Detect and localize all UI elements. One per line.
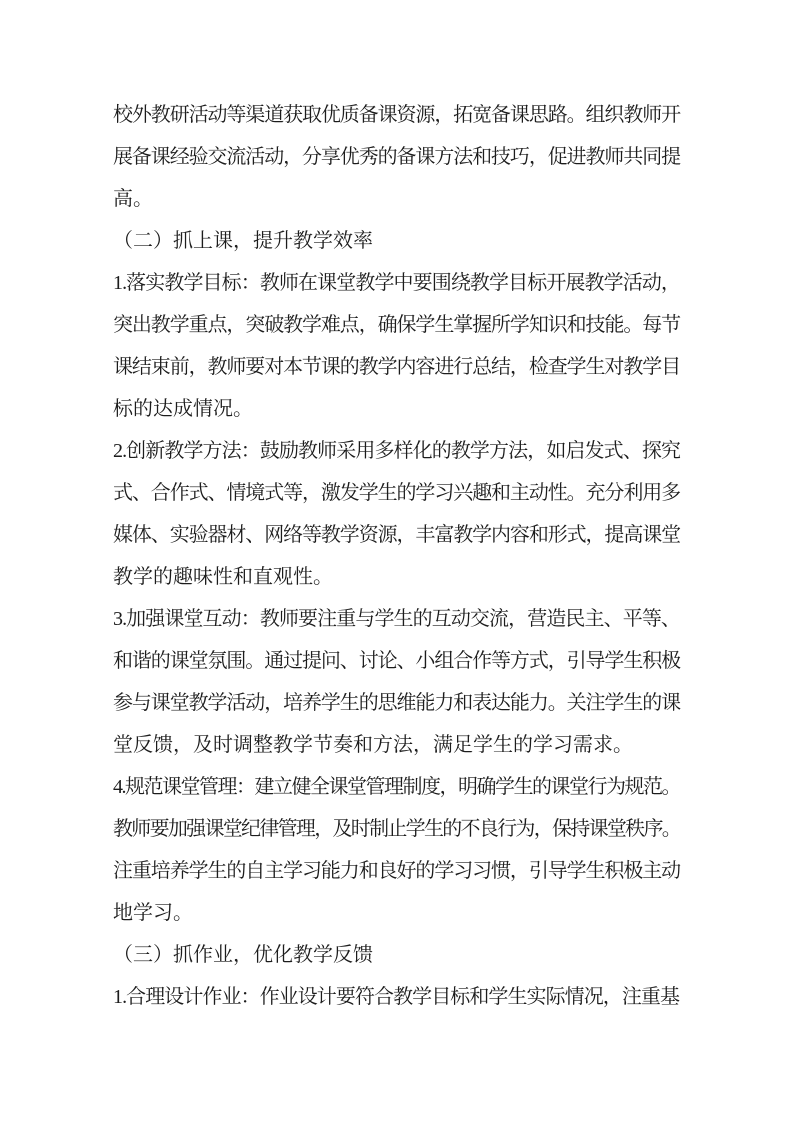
document-text-block: 校外教研活动等渠道获取优质备课资源，拓宽备课思路。组织教师开展备课经验交流活动，… bbox=[113, 94, 680, 1018]
text-line: 校外教研活动等渠道获取优质备课资源，拓宽备课思路。组织教师开 bbox=[113, 94, 680, 136]
text-line: 教师要加强课堂纪律管理，及时制止学生的不良行为，保持课堂秩序。 bbox=[113, 808, 680, 850]
text-line: 堂反馈，及时调整教学节奏和方法，满足学生的学习需求。 bbox=[113, 724, 680, 766]
text-line: 3.加强课堂互动：教师要注重与学生的互动交流，营造民主、平等、 bbox=[113, 598, 680, 640]
text-line: 标的达成情况。 bbox=[113, 388, 680, 430]
text-line: 1.落实教学目标：教师在课堂教学中要围绕教学目标开展教学活动， bbox=[113, 262, 680, 304]
text-line: 4.规范课堂管理：建立健全课堂管理制度，明确学生的课堂行为规范。 bbox=[113, 766, 680, 808]
text-line: （二）抓上课，提升教学效率 bbox=[113, 220, 680, 262]
para-lesson-prep-continuation: 校外教研活动等渠道获取优质备课资源，拓宽备课思路。组织教师开展备课经验交流活动，… bbox=[113, 94, 680, 220]
para-3-strengthen-classroom-interaction: 3.加强课堂互动：教师要注重与学生的互动交流，营造民主、平等、和谐的课堂氛围。通… bbox=[113, 598, 680, 766]
para-1-design-homework: 1.合理设计作业：作业设计要符合教学目标和学生实际情况，注重基 bbox=[113, 976, 680, 1018]
text-line: 式、合作式、情境式等，激发学生的学习兴趣和主动性。充分利用多 bbox=[113, 472, 680, 514]
text-line: 课结束前，教师要对本节课的教学内容进行总结，检查学生对教学目 bbox=[113, 346, 680, 388]
text-line: 地学习。 bbox=[113, 892, 680, 934]
heading-section-3-homework: （三）抓作业，优化教学反馈 bbox=[113, 934, 680, 976]
text-line: 和谐的课堂氛围。通过提问、讨论、小组合作等方式，引导学生积极 bbox=[113, 640, 680, 682]
text-line: 参与课堂教学活动，培养学生的思维能力和表达能力。关注学生的课 bbox=[113, 682, 680, 724]
text-line: 展备课经验交流活动，分享优秀的备课方法和技巧，促进教师共同提 bbox=[113, 136, 680, 178]
text-line: 高。 bbox=[113, 178, 680, 220]
text-line: （三）抓作业，优化教学反馈 bbox=[113, 934, 680, 976]
text-line: 媒体、实验器材、网络等教学资源，丰富教学内容和形式，提高课堂 bbox=[113, 514, 680, 556]
para-2-innovate-teaching-methods: 2.创新教学方法：鼓励教师采用多样化的教学方法，如启发式、探究式、合作式、情境式… bbox=[113, 430, 680, 598]
text-line: 注重培养学生的自主学习能力和良好的学习习惯，引导学生积极主动 bbox=[113, 850, 680, 892]
heading-section-2-classes: （二）抓上课，提升教学效率 bbox=[113, 220, 680, 262]
para-1-implement-teaching-goals: 1.落实教学目标：教师在课堂教学中要围绕教学目标开展教学活动，突出教学重点，突破… bbox=[113, 262, 680, 430]
document-page: 校外教研活动等渠道获取优质备课资源，拓宽备课思路。组织教师开展备课经验交流活动，… bbox=[0, 0, 793, 1122]
text-line: 1.合理设计作业：作业设计要符合教学目标和学生实际情况，注重基 bbox=[113, 976, 680, 1018]
text-line: 2.创新教学方法：鼓励教师采用多样化的教学方法，如启发式、探究 bbox=[113, 430, 680, 472]
para-4-standardize-classroom-management: 4.规范课堂管理：建立健全课堂管理制度，明确学生的课堂行为规范。教师要加强课堂纪… bbox=[113, 766, 680, 934]
text-line: 教学的趣味性和直观性。 bbox=[113, 556, 680, 598]
text-line: 突出教学重点，突破教学难点，确保学生掌握所学知识和技能。每节 bbox=[113, 304, 680, 346]
